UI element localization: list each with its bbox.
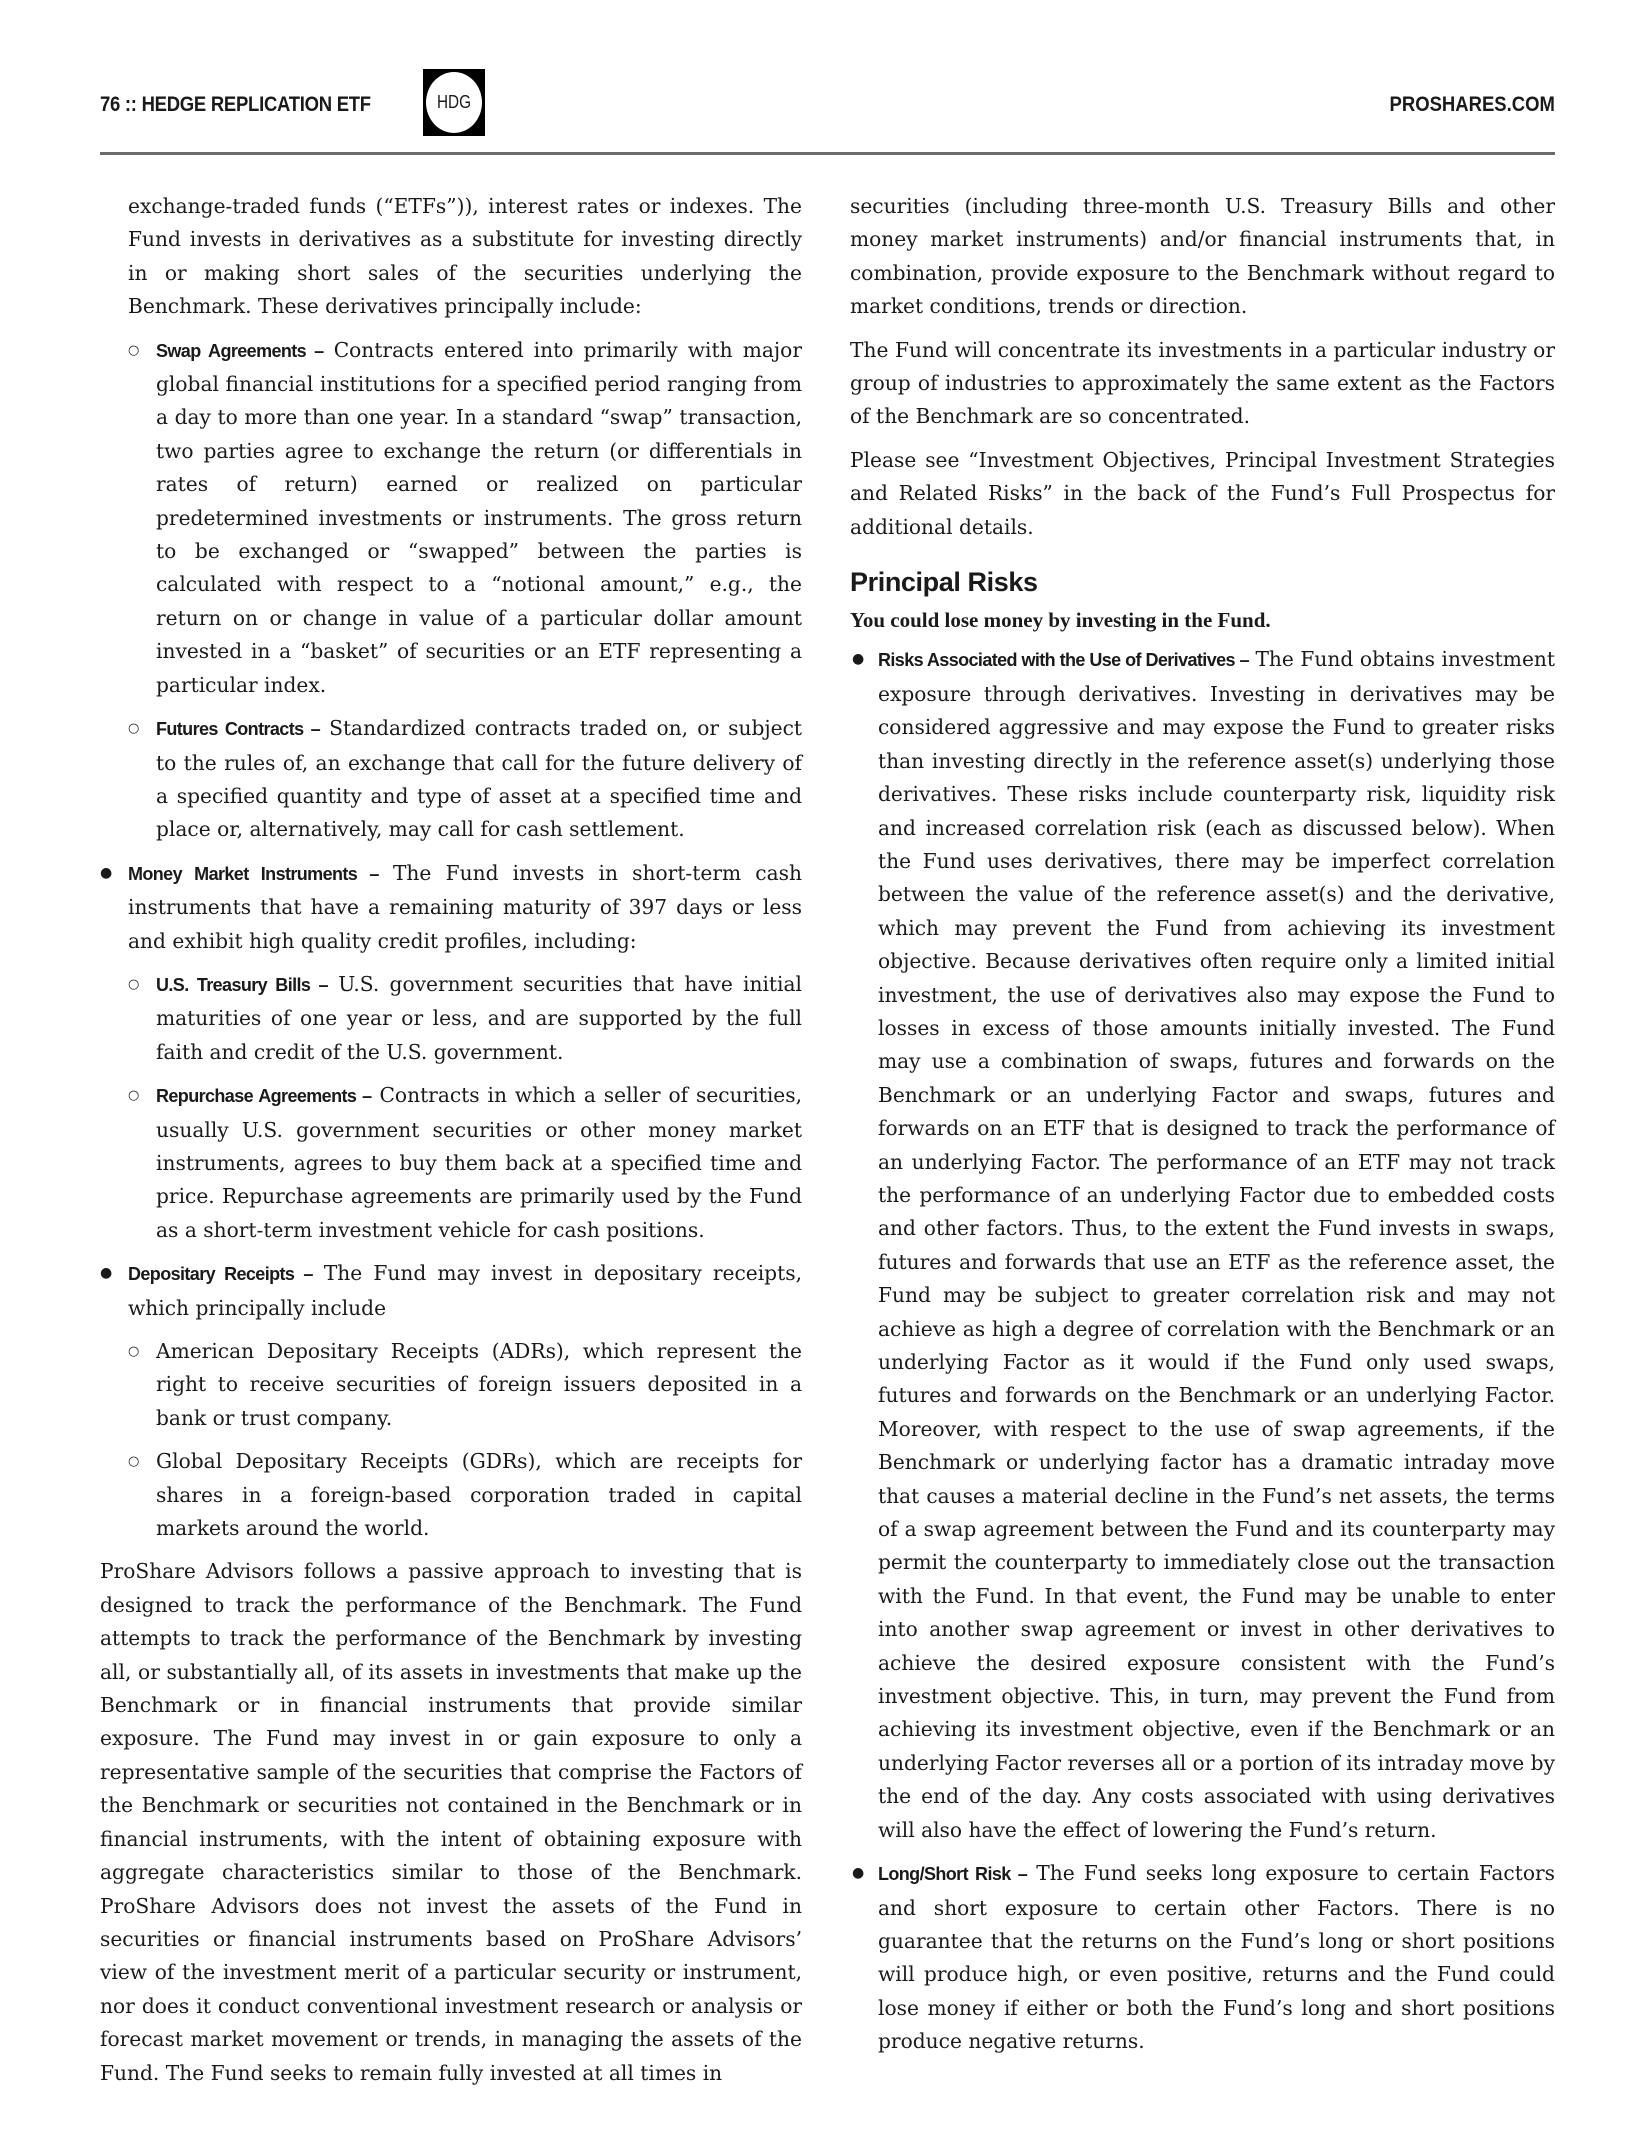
fund-title: HEDGE REPLICATION ETF: [142, 93, 371, 116]
list-item-gdrs: ○ Global Depositary Receipts (GDRs), whi…: [100, 1445, 802, 1545]
term-label: Repurchase Agreements –: [156, 1086, 372, 1106]
term-label: Risks Associated with the Use of Derivat…: [878, 650, 1249, 670]
term-text: Contracts entered into primarily with ma…: [156, 338, 802, 697]
hollow-bullet-icon: ○: [128, 968, 139, 1001]
header-divider: [100, 152, 1555, 155]
hollow-bullet-icon: ○: [128, 1335, 139, 1368]
filled-bullet-icon: ●: [100, 857, 112, 890]
page-header: 76 :: HEDGE REPLICATION ETF HDG PROSHARE…: [100, 60, 1555, 155]
term-label: Money Market Instruments –: [128, 864, 379, 884]
list-item-depositary-receipts: ● Depositary Receipts – The Fund may inv…: [100, 1257, 802, 1325]
filled-bullet-icon: ●: [852, 1857, 864, 1890]
section-heading-principal-risks: Principal Risks: [850, 566, 1555, 598]
filled-bullet-icon: ●: [852, 643, 864, 676]
left-column: exchange-traded funds (“ETFs”)), interes…: [100, 190, 802, 2100]
intro-paragraph: exchange-traded funds (“ETFs”)), interes…: [100, 190, 802, 324]
ticker-badge-oval: HDG: [426, 72, 482, 133]
term-label: U.S. Treasury Bills –: [156, 975, 328, 995]
continuation-paragraph: securities (including three-month U.S. T…: [850, 190, 1555, 324]
term-label: Futures Contracts –: [156, 719, 320, 739]
right-column: securities (including three-month U.S. T…: [850, 190, 1555, 2069]
filled-bullet-icon: ●: [100, 1257, 112, 1290]
risk-item-long-short: ● Long/Short Risk – The Fund seeks long …: [850, 1857, 1555, 2058]
list-item-treasury-bills: ○ U.S. Treasury Bills – U.S. government …: [100, 968, 802, 1069]
item-text: Global Depositary Receipts (GDRs), which…: [156, 1449, 802, 1540]
ticker-badge: HDG: [423, 69, 485, 136]
term-label: Long/Short Risk –: [878, 1864, 1027, 1884]
list-item-swap-agreements: ○ Swap Agreements – Contracts entered in…: [100, 334, 802, 702]
advisors-paragraph: ProShare Advisors follows a passive appr…: [100, 1555, 802, 2090]
site-link[interactable]: PROSHARES.COM: [1390, 93, 1555, 117]
list-item-futures-contracts: ○ Futures Contracts – Standardized contr…: [100, 712, 802, 847]
page-number: 76: [100, 93, 120, 116]
term-label: Depositary Receipts –: [128, 1264, 313, 1284]
risk-warning-subheading: You could lose money by investing in the…: [850, 604, 1555, 637]
list-item-money-market: ● Money Market Instruments – The Fund in…: [100, 857, 802, 958]
ticker-label: HDG: [437, 92, 471, 113]
term-label: Swap Agreements –: [156, 341, 324, 361]
item-text: American Depositary Receipts (ADRs), whi…: [156, 1339, 802, 1430]
term-text: Contracts in which a seller of securitie…: [156, 1083, 802, 1242]
hollow-bullet-icon: ○: [128, 334, 139, 367]
header-separator: ::: [125, 93, 137, 116]
term-text: The Fund obtains investment exposure thr…: [878, 647, 1555, 1841]
hollow-bullet-icon: ○: [128, 712, 139, 745]
list-item-adrs: ○ American Depositary Receipts (ADRs), w…: [100, 1335, 802, 1435]
running-head: 76 :: HEDGE REPLICATION ETF: [100, 93, 371, 117]
term-text: The Fund seeks long exposure to certain …: [878, 1861, 1555, 2053]
list-item-repurchase-agreements: ○ Repurchase Agreements – Contracts in w…: [100, 1079, 802, 1247]
hollow-bullet-icon: ○: [128, 1445, 139, 1478]
concentration-paragraph: The Fund will concentrate its investment…: [850, 334, 1555, 434]
risk-item-derivatives: ● Risks Associated with the Use of Deriv…: [850, 643, 1555, 1847]
hollow-bullet-icon: ○: [128, 1079, 139, 1112]
please-see-paragraph: Please see “Investment Objectives, Princ…: [850, 444, 1555, 544]
